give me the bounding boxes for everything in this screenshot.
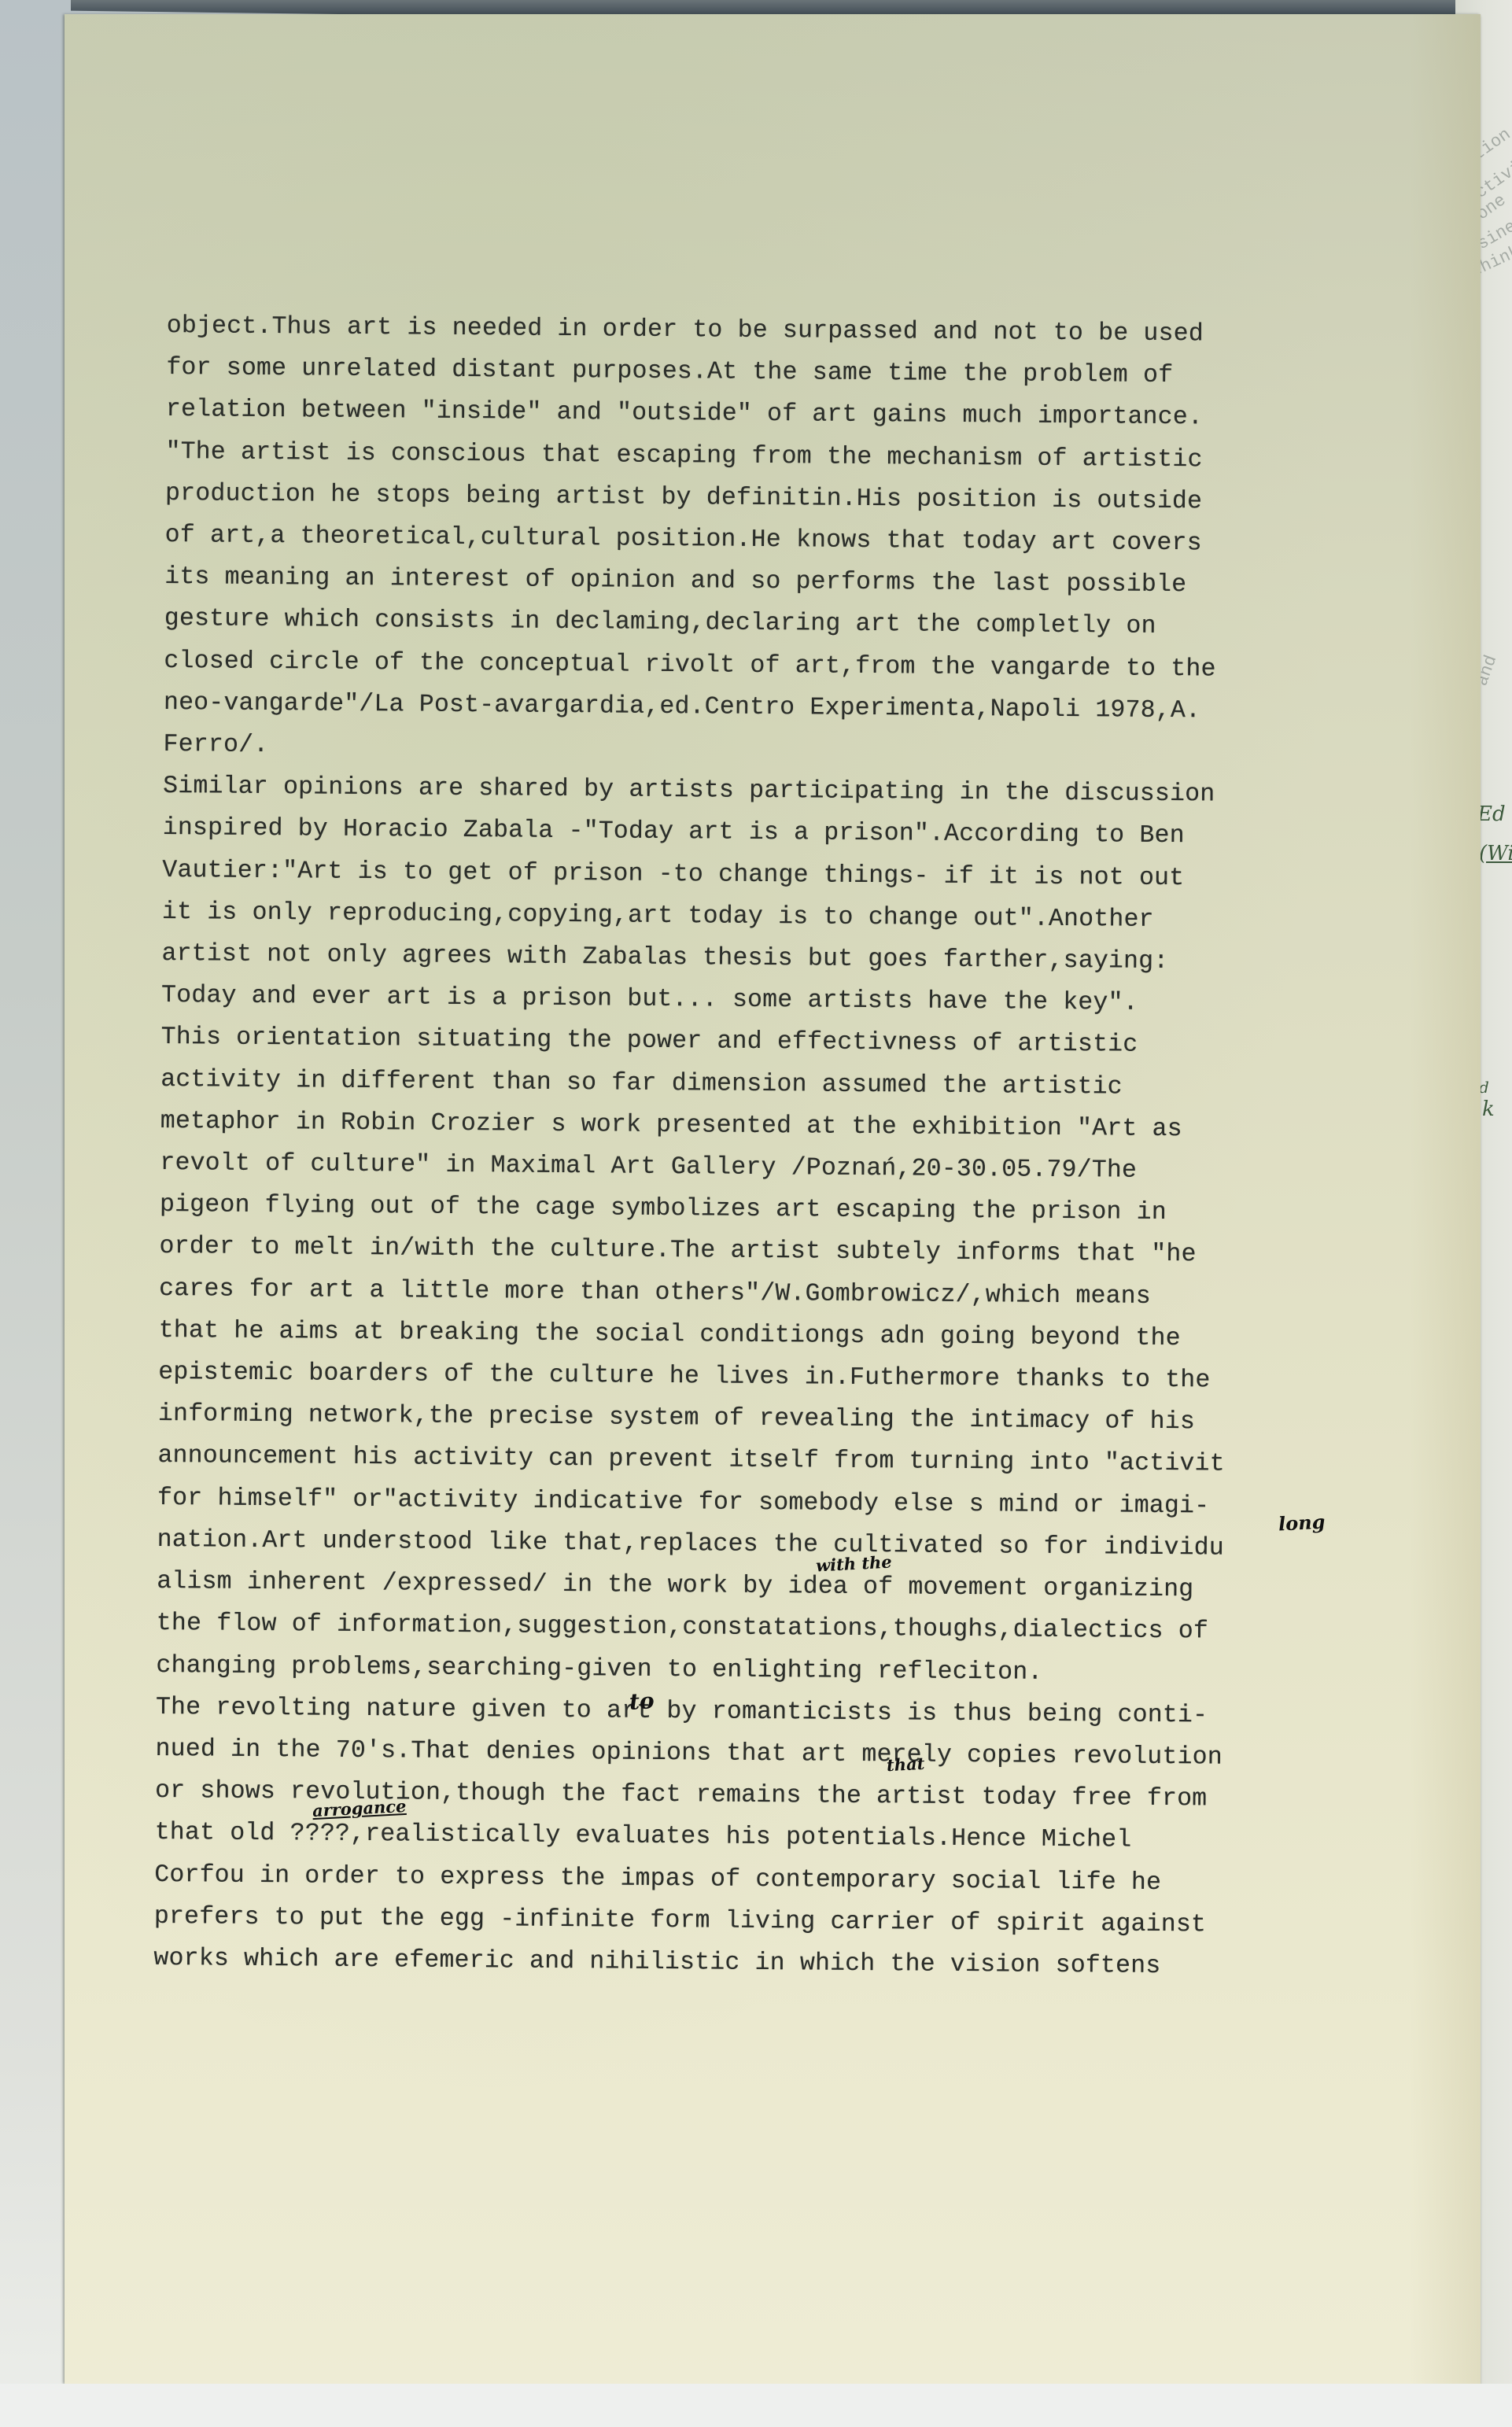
handwritten-annotation: with the bbox=[815, 1551, 892, 1575]
adjacent-handwriting: k bbox=[1482, 1097, 1495, 1121]
typewritten-text: object.Thus art is needed in order to be… bbox=[153, 305, 1441, 1990]
adjacent-handwriting: Ed bbox=[1477, 802, 1506, 826]
handwritten-annotation: to bbox=[629, 1687, 655, 1715]
table-surface bbox=[0, 2384, 1512, 2427]
text-line: works which are efemeric and nihilistic … bbox=[153, 1938, 1428, 1990]
handwritten-annotation: that bbox=[886, 1754, 925, 1775]
adjacent-handwriting: (Wi bbox=[1479, 842, 1512, 865]
typewritten-page: object.Thus art is needed in order to be… bbox=[65, 14, 1481, 2384]
handwritten-annotation: long bbox=[1278, 1510, 1326, 1535]
